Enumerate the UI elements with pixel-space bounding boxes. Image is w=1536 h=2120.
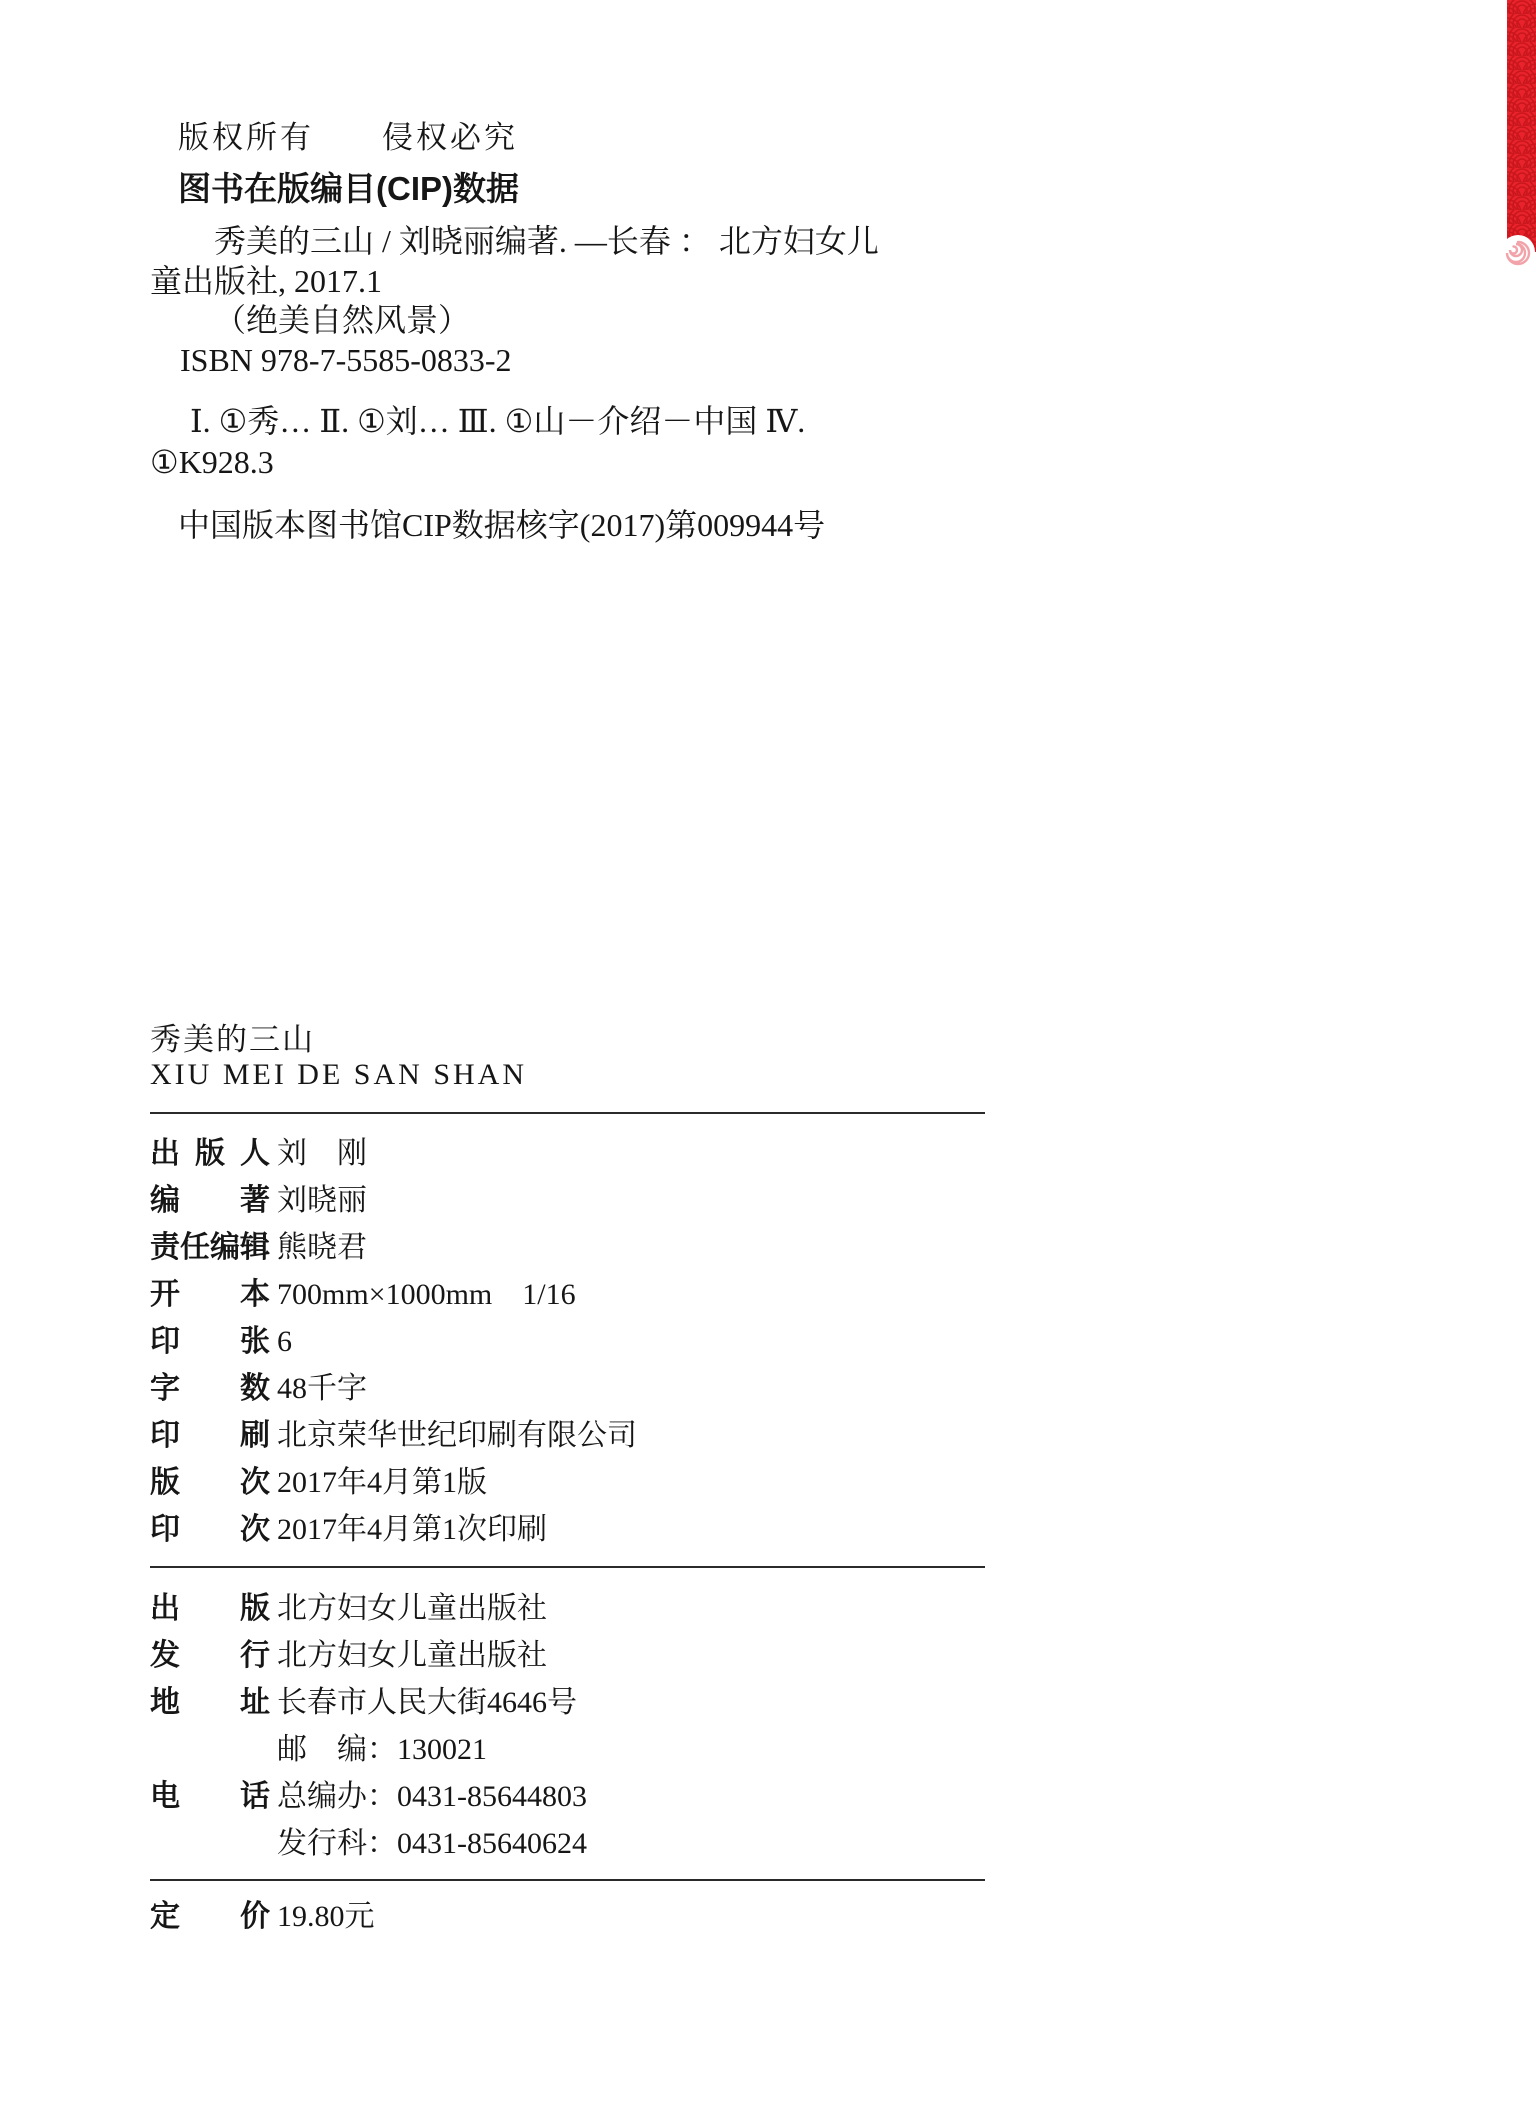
field-label: 版次 (150, 1459, 270, 1506)
field-label: 出版 (150, 1585, 270, 1632)
field-label: 开本 (150, 1271, 270, 1318)
table-row: 责任编辑熊晓君 (150, 1224, 1050, 1271)
field-label: 印刷 (150, 1412, 270, 1459)
field-value: 北方妇女儿童出版社 (277, 1632, 547, 1679)
cip-classification: Ⅰ. ①秀… Ⅱ. ①刘… Ⅲ. ①山－介绍－中国 Ⅳ. ①K928.3 (150, 401, 1050, 483)
copyright-notice: 版权所有 侵权必究 (178, 112, 518, 157)
field-value: 邮 编：130021 (277, 1726, 487, 1773)
field-value: 2017年4月第1版 (277, 1459, 487, 1506)
field-value: 700mm×1000mm 1/16 (277, 1271, 576, 1318)
field-label: 发行 (150, 1632, 270, 1679)
field-label: 字数 (150, 1365, 270, 1412)
field-value: 发行科：0431-85640624 (277, 1820, 587, 1867)
field-label: 电话 (150, 1773, 270, 1820)
field-value: 48千字 (277, 1365, 367, 1412)
field-label: 编著 (150, 1177, 270, 1224)
table-row: 邮 编：130021 (150, 1726, 1050, 1773)
copyright-page: 版权所有 侵权必究 图书在版编目(CIP)数据 秀美的三山 / 刘晓丽编著. —… (0, 0, 1536, 2120)
table-row: 印张6 (150, 1318, 1050, 1365)
cip-isbn-line: ISBN 978-7-5585-0833-2 (150, 341, 1050, 381)
colophon-section-publisher: 出版北方妇女儿童出版社 发行北方妇女儿童出版社 地址长春市人民大街4646号 邮… (150, 1585, 1050, 1867)
field-value: 熊晓君 (277, 1224, 367, 1271)
field-label: 地址 (150, 1679, 270, 1726)
cloud-icon (1494, 235, 1536, 284)
table-row: 发行北方妇女儿童出版社 (150, 1632, 1050, 1679)
field-value: 总编办：0431-85644803 (277, 1773, 587, 1820)
table-row: 印次2017年4月第1次印刷 (150, 1506, 1050, 1553)
table-row: 定价19.80元 (150, 1893, 1050, 1940)
field-value: 19.80元 (277, 1893, 375, 1940)
cip-entry-line: 秀美的三山 / 刘晓丽编著. —长春 ： 北方妇女儿 (150, 222, 1050, 262)
field-value: 北方妇女儿童出版社 (277, 1585, 547, 1632)
classification-line: Ⅰ. ①秀… Ⅱ. ①刘… Ⅲ. ①山－介绍－中国 Ⅳ. (150, 401, 1050, 442)
table-row: 印刷北京荣华世纪印刷有限公司 (150, 1412, 1050, 1459)
colophon-section-price: 定价19.80元 (150, 1893, 1050, 1940)
field-value: 6 (277, 1318, 292, 1365)
table-row: 字数48千字 (150, 1365, 1050, 1412)
field-label: 责任编辑 (150, 1224, 270, 1271)
field-value: 北京荣华世纪印刷有限公司 (277, 1412, 637, 1459)
field-label: 定价 (150, 1893, 270, 1940)
table-row: 电话总编办：0431-85644803 (150, 1773, 1050, 1820)
table-row: 开本700mm×1000mm 1/16 (150, 1271, 1050, 1318)
field-label: 出版人 (150, 1130, 270, 1177)
table-row: 出版北方妇女儿童出版社 (150, 1585, 1050, 1632)
book-title-cn: 秀美的三山 (150, 1014, 315, 1059)
table-row: 地址长春市人民大街4646号 (150, 1679, 1050, 1726)
classification-line: ①K928.3 (150, 442, 1050, 483)
cip-heading: 图书在版编目(CIP)数据 (178, 163, 519, 210)
divider-rule (150, 1879, 985, 1881)
field-value: 刘 刚 (277, 1130, 367, 1177)
divider-rule (150, 1112, 985, 1114)
field-label: 印张 (150, 1318, 270, 1365)
cip-entry-line: 童出版社, 2017.1 (150, 262, 1050, 302)
field-value: 2017年4月第1次印刷 (277, 1506, 547, 1553)
cip-record-number: 中国版本图书馆CIP数据核字(2017)第009944号 (150, 500, 825, 546)
seigaiha-pattern-icon (1466, 0, 1536, 300)
table-row: 出版人刘 刚 (150, 1130, 1050, 1177)
field-value: 长春市人民大街4646号 (277, 1679, 577, 1726)
field-label: 印次 (150, 1506, 270, 1553)
table-row: 编著刘晓丽 (150, 1177, 1050, 1224)
cip-entry-line: （绝美自然风景） (150, 301, 1050, 341)
field-value: 刘晓丽 (277, 1177, 367, 1224)
colophon-section-production: 出版人刘 刚 编著刘晓丽 责任编辑熊晓君 开本700mm×1000mm 1/16… (150, 1130, 1050, 1553)
cip-entry: 秀美的三山 / 刘晓丽编著. —长春 ： 北方妇女儿 童出版社, 2017.1 … (150, 222, 1050, 380)
table-row: 版次2017年4月第1版 (150, 1459, 1050, 1506)
divider-rule (150, 1566, 985, 1568)
book-title-pinyin: XIU MEI DE SAN SHAN (150, 1058, 527, 1092)
seigaiha-corner-ornament (1466, 0, 1536, 300)
table-row: 发行科：0431-85640624 (150, 1820, 1050, 1867)
